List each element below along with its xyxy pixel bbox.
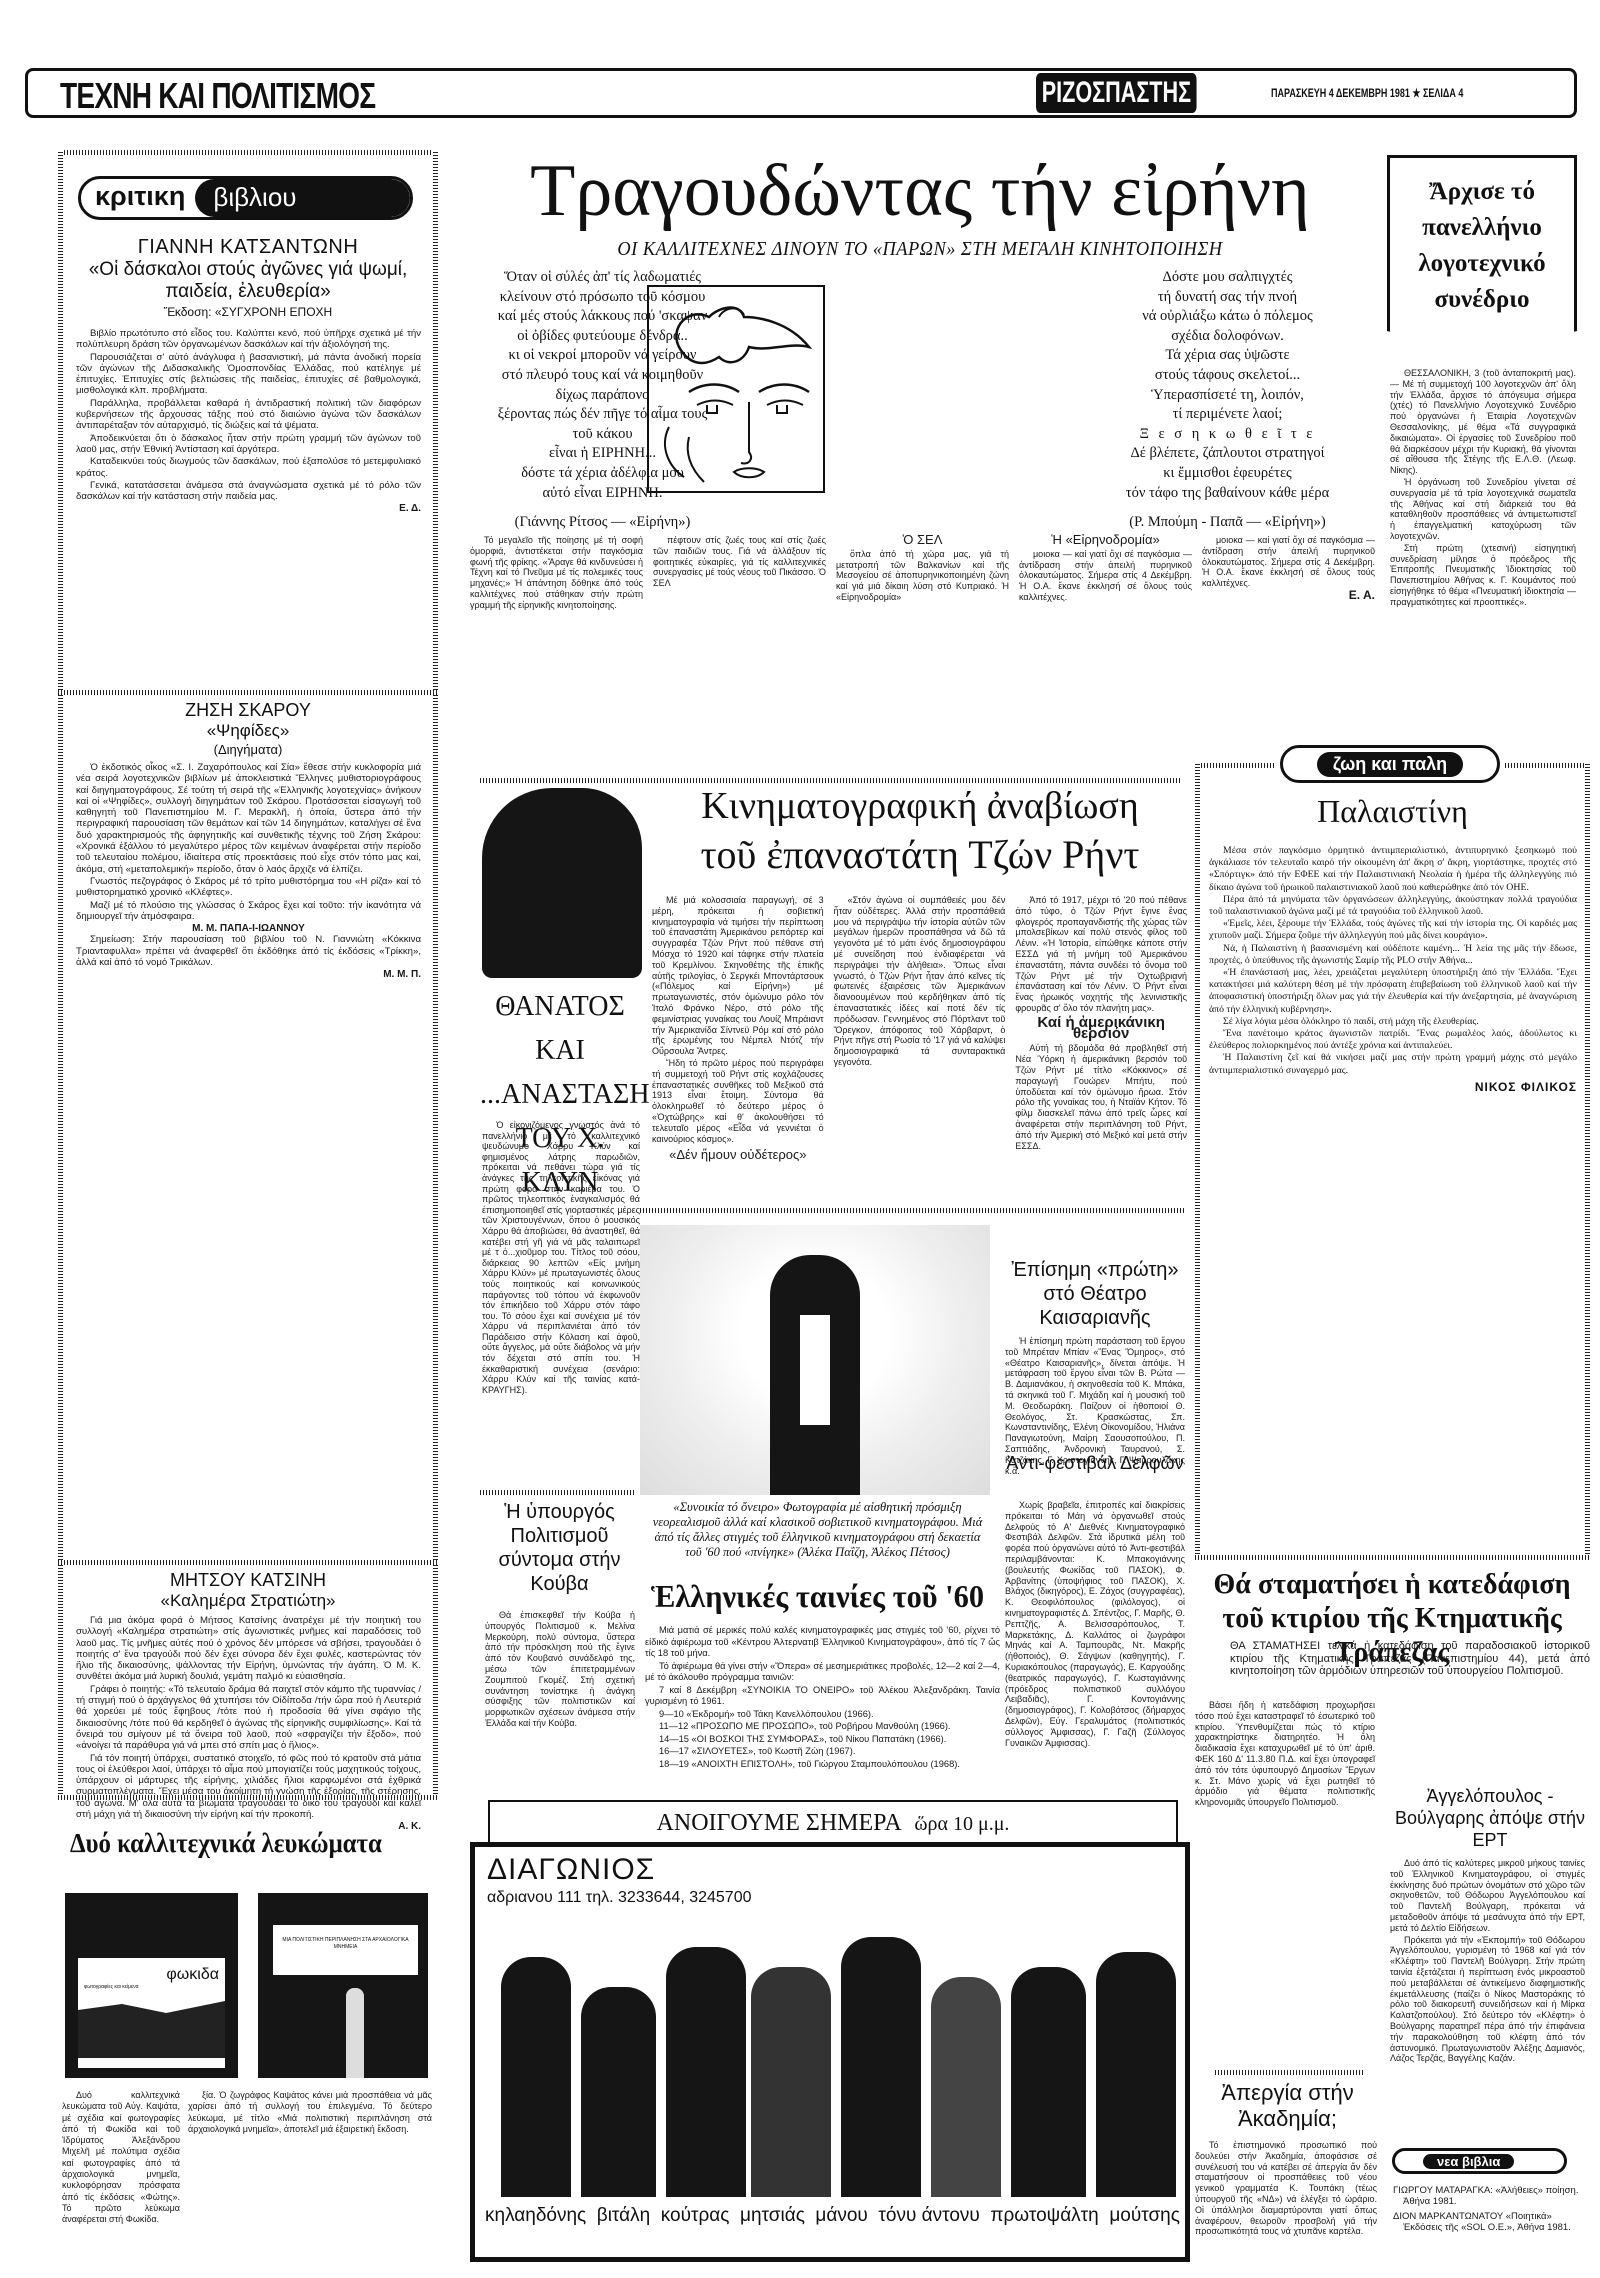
review2-signature: Μ. Μ. ΠΑΠΑ-Ι-ΙΩΑΝΝΟΥ [76,923,421,934]
minister-body: Θά ἐπισκεφθεῖ τήν Κούβα ἡ ὑπουργός Πολιτ… [485,1610,635,1730]
new-book-item: ΔΙΟΝ ΜΑΡΚΑΝΤΩΝΑΤΟΥ «Ποιητικά» Ἐκδόσεις τ… [1393,2211,1588,2233]
film-item: 16—17 «ΣΙΛΟΥΕΤΕΣ», τοῦ Κωστῆ Ζώη (1967). [645,1746,1000,1758]
ad-banner-text: ΑΝΟΙΓΟΥΜΕ ΣΗΜΕΡΑ [657,1810,901,1836]
hatch-border-bottom [58,1795,438,1800]
review1-title: «Οἱ δάσκαλοι στούς ἀγῶνες γιά ψωμί, παιδ… [68,259,428,303]
greek-films-body: Μιά ματιά σέ μερικές πολύ καλές κινηματο… [645,1625,1000,1771]
review1-header: ΓΙΑΝΝΗ ΚΑΤΣΑΝΤΩΝΗ «Οἱ δάσκαλοι στούς ἀγῶ… [68,235,428,321]
john-reed-photo [482,788,642,978]
album2-title: ΜΙΑ ΠΟΛΙΤΙΣΤΙΚΗ ΠΕΡΙΠΛΑΝΗΣΗ ΣΤΑ ΑΡΧΑΙΟΛΟ… [273,1925,418,1951]
albums-text: Δυό καλλιτεχνικά λευκώματα τοῦ Αὐγ. Καψά… [62,2090,432,2227]
new-books-tag: νεα βιβλια [1392,2148,1567,2174]
masthead: ΤΕΧΝΗ ΚΑΙ ΠΟΛΙΤΙΣΜΟΣ ΡΙΖΟΣΠΑΣΤΗΣ ΠΑΡΑΣΚΕ… [25,68,1577,118]
new-book-item: ΓΙΩΡΓΟΥ ΜΑΤΑΡΑΓΚΑ: «Ἀλήθειες» ποίηση. Ἀθ… [1393,2185,1588,2207]
synoikia-photo [640,1225,990,1495]
venue-name: ΔΙΑΓΩΝΙΟΣ [487,1853,655,1887]
ad-banner-time: ὥρα 10 μ.μ. [914,1813,1009,1835]
hatch-border-right [433,150,438,1800]
new-books-list: ΓΙΩΡΓΟΥ ΜΑΤΑΡΑΓΚΑ: «Ἀλήθειες» ποίηση. Ἀθ… [1393,2185,1588,2233]
photo-caption: «Συνοικία τό ὄνειρο» Φωτογραφία μέ αἰσθη… [645,1500,990,1560]
diagonios-ad: ΔΙΑΓΩΝΙΟΣ αδριανου 111 τηλ. 3233644, 324… [470,1842,1190,2262]
album1-title: φωκιδα [78,1958,225,1984]
john-reed-headline: Κινηματογραφική ἀναβίωση τοῦ ἐπαναστάτη … [650,782,1190,880]
john-reed-body: Μέ μιά κολοσσιαία παραγωγή, σέ 3 μέρη, π… [652,895,1187,1167]
eirinodromia-heading: Ἡ «Εἰρηνοδρομία» [1019,535,1192,546]
congress-banner: Ἄρχισε τό πανελλήνιο λογοτεχνικό συνέδρι… [1387,155,1577,355]
artists-photo [481,1927,1181,2197]
review2-title: «Ψηφίδες» [68,721,428,741]
album1-subtitle: φωτογραφίες και κείμενα [78,1984,225,1990]
book-review-tag: κριτικη βιβλιου [78,176,413,220]
anti-festival-body: Χωρίς βραβεῖα, ἐπιτροπές καί διακρίσεις … [1005,1500,1185,1749]
book-review-box: κριτικη βιβλιου ΓΙΑΝΝΗ ΚΑΤΣΑΝΤΩΝΗ «Οἱ δά… [58,150,438,1800]
landscape-photo [78,1998,225,2058]
divider [58,690,438,695]
album-cover-monuments: ΜΙΑ ΠΟΛΙΤΙΣΤΙΚΗ ΠΕΡΙΠΛΑΝΗΣΗ ΣΤΑ ΑΡΧΑΙΟΛΟ… [258,1893,428,2078]
poem-boumi-papa: Δόστε μου σαλπιγχτές τή δυνατή σας τήν π… [1095,268,1360,533]
divider [480,1490,635,1495]
film-item: 9—10 «Ἐκδρομή» τοῦ Τάκη Κανελλόπουλου (1… [645,1709,1000,1721]
review3-header: ΜΗΤΣΟΥ ΚΑΤΣΙΝΗ «Καλημέρα Στρατιώτη» [68,1570,428,1611]
divider [58,1560,438,1565]
film-item: 7 καί 8 Δεκέμβρη «ΣΥΝΟΙΚΙΑ ΤΟ ΟΝΕΙΡΟ» το… [645,1685,1000,1708]
klein-body: Ὁ εἰκονιζόμενος γνωστός ἀνά τό πανελλήνι… [482,1120,640,1396]
land-bank-body: Βάσει ἤδη ἡ κατεδάφιση προχωρῆσει τόσο π… [1195,1700,1375,1809]
land-bank-lead: ΘΑ ΣΤΑΜΑΤΗΣΕΙ τελικά ἡ κατεδάφιση τοῦ πα… [1230,1640,1590,1679]
peace-headline: Τραγουδώντας τήν εἰρήνη [480,150,1360,232]
kaisariani-headline: Ἐπίσημη «πρώτη» στό Θέατρο Καισαριανῆς [1005,1258,1185,1330]
review2-subtitle: (Διηγήματα) [68,741,428,759]
ert-headline: Ἀγγελόπουλος - Βούλγαρης ἀπόψε στήν ΕΡΤ [1390,1785,1590,1851]
sel-heading: Ὁ ΣΕΛ [836,535,1009,546]
statue-figure [346,1988,364,2078]
peace-subheadline: ΟΙ ΚΑΛΛΙΤΕΧΝΕΣ ΔΙΝΟΥΝ ΤΟ «ΠΑΡΩΝ» ΣΤΗ ΜΕΓ… [515,238,1325,261]
album-cover-fokida: φωκιδα φωτογραφίες και κείμενα [65,1893,238,2078]
tag-vivliou: βιβλιου [195,179,410,217]
greek-films-headline: Ἑλληνικές ταινίες τοῦ '60 [649,1578,986,1615]
review3-title: «Καλημέρα Στρατιώτη» [68,1591,428,1611]
congress-headline: Ἄρχισε τό πανελλήνιο λογοτεχνικό συνέδρι… [1390,158,1574,318]
artist-names: κηλαηδόνης βιτάλη κούτρας μητσιάς μάνου … [485,2205,1180,2227]
not-neutral-heading: «Δέν ἤμουν οὐδέτερος» [652,1150,824,1161]
minister-headline: Ἡ ὑπουργός Πολιτισμοῦ σύντομα στήν Κούβα [482,1500,637,1596]
peace-body: Τό μεγαλεῖο τῆς ποίησης μέ τή σοφή ὁμορφ… [470,535,1375,612]
review1-author: ΓΙΑΝΝΗ ΚΑΤΣΑΝΤΩΝΗ [68,235,428,259]
film-item: 14—15 «ΟΙ ΒΟΣΚΟΙ ΤΗΣ ΣΥΜΦΟΡΑΣ», τοῦ Νίκο… [645,1734,1000,1746]
film-item: 11—12 «ΠΡΟΣΩΠΟ ΜΕ ΠΡΟΣΩΠΟ», τοῦ Ροβήρου … [645,1721,1000,1733]
review2-note-signature: Μ. Μ. Π. [76,969,421,980]
academy-headline: Ἀπεργία στήν Ἀκαδημία; [1195,2080,1380,2132]
poem-credit-ritsos: (Γιάννης Ρίτσος — «Εἰρήνη») [470,513,735,533]
palestine-box: ζωη και παλη Παλαιστίνη Μέσα στόν παγκόσ… [1195,745,1590,1560]
film-item: 18—19 «ΑΝΟΙΧΤΗ ΕΠΙΣΤΟΛΗ», τοῦ Γιώργου Στ… [645,1759,1000,1771]
hatch-border-left [58,150,63,1800]
review1-signature: Ε. Δ. [76,503,421,514]
review1-body: Βιβλίο πρωτότυπο στό εἶδος του. Καλύπτει… [76,328,421,515]
zoi-kai-pali-tag: ζωη και παλη [1280,745,1500,783]
divider [1215,2070,1365,2075]
divider [640,1208,1185,1213]
ad-banner: ΑΝΟΙΓΟΥΜΕ ΣΗΜΕΡΑ ὥρα 10 μ.μ. [488,1800,1178,1844]
peace-signature: Ε. Α. [1202,590,1375,601]
congress-body: ΘΕΣΣΑΛΟΝΙΚΗ, 3 (τοῦ ἀνταποκριτή μας).— Μ… [1390,368,1576,609]
review2-author: ΖΗΣΗ ΣΚΑΡΟΥ [68,700,428,721]
review2-header: ΖΗΣΗ ΣΚΑΡΟΥ «Ψηφίδες» (Διηγήματα) [68,700,428,759]
palestine-body: Μέσα στόν παγκόσμιο ὁρμητικό ἀντιιμπερια… [1209,845,1577,1093]
review3-author: ΜΗΤΣΟΥ ΚΑΤΣΙΝΗ [68,1570,428,1591]
hatch-border-top [58,150,438,155]
anti-festival-headline: Ἀντι-φεστιβάλ Δελφῶν [1005,1452,1185,1474]
academy-body: Τό ἐπιστημονικό προσωπικό πού δουλεύει σ… [1195,2140,1377,2238]
palestine-signature: ΝΙΚΟΣ ΦΙΛΙΚΟΣ [1209,1081,1577,1093]
ert-body: Δυό ἀπό τίς καλύτερες μικροῦ μήκους ταιν… [1390,1858,1585,2065]
newspaper-logo: ΡΙΖΟΣΠΑΣΤΗΣ [1036,73,1197,113]
review1-publisher: Ἔκδοση: «ΣΥΓΧΡΟΝΗ ΕΠΟΧΗ [68,303,428,321]
dateline: ΠΑΡΑΣΚΕΥΗ 4 ΔΕΚΕΜΒΡΗ 1981 ★ ΣΕΛΙΔΑ 4 [1271,86,1463,100]
dove-face-icon [649,287,823,491]
american-version-heading: Καί ἡ ἀμερικάνικη θερσιόν [1015,1018,1187,1040]
review2-body: Ὁ ἐκδοτικός οἶκος «Σ. Ι. Ζαχαρόπουλος κα… [76,762,421,981]
albums-headline: Δυό καλλιτεχνικά λευκώματα [70,1828,401,1859]
palestine-headline: Παλαιστίνη [1195,793,1590,830]
venue-address: αδριανου 111 τηλ. 3233644, 3245700 [487,1889,752,1907]
poem-credit-boumi: (Ρ. Μπούμη - Παπᾶ — «Εἰρήνη») [1095,513,1360,533]
picasso-dove-drawing [647,285,825,493]
section-title: ΤΕΧΝΗ ΚΑΙ ΠΟΛΙΤΙΣΜΟΣ [60,75,375,117]
tag-kritiki: κριτικη [81,181,195,216]
